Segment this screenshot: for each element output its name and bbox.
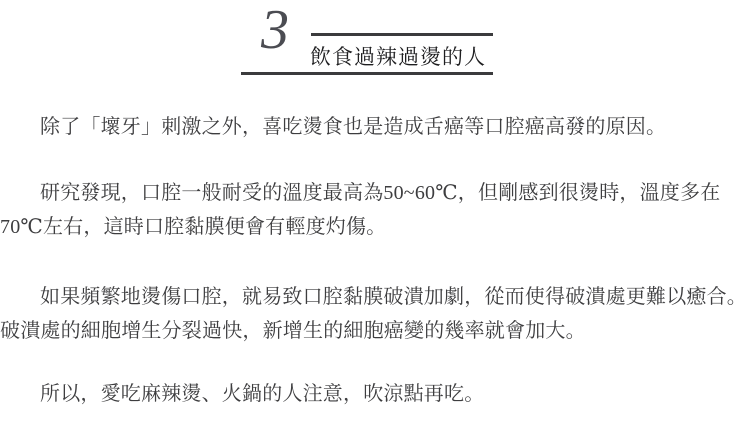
paragraph-3: 如果頻繁地燙傷口腔，就易致口腔黏膜破潰加劇，從而使得破潰處更難以癒合。 破潰處的…: [0, 280, 736, 348]
section-title: 飲食過辣過燙的人: [310, 41, 486, 71]
section-number: 3: [261, 2, 289, 58]
paragraph-2: 研究發現，口腔一般耐受的溫度最高為50~60℃，但剛感到很燙時，溫度多在 70℃…: [0, 176, 736, 244]
header-rule-top: [311, 33, 493, 36]
text-line: 如果頻繁地燙傷口腔，就易致口腔黏膜破潰加劇，從而使得破潰處更難以癒合。: [0, 280, 736, 314]
text-line: 70℃左右，這時口腔黏膜便會有輕度灼傷。: [0, 210, 736, 244]
document-page: 3 飲食過辣過燙的人 除了「壞牙」刺激之外，喜吃燙食也是造成舌癌等口腔癌高發的原…: [0, 0, 736, 423]
text-line: 所以，愛吃麻辣燙、火鍋的人注意，吹涼點再吃。: [0, 377, 736, 411]
text-line: 研究發現，口腔一般耐受的溫度最高為50~60℃，但剛感到很燙時，溫度多在: [0, 176, 736, 210]
header-rule-bottom: [241, 72, 493, 75]
text-line: 破潰處的細胞增生分裂過快，新增生的細胞癌變的幾率就會加大。: [0, 314, 736, 348]
text-line: 除了「壞牙」刺激之外，喜吃燙食也是造成舌癌等口腔癌高發的原因。: [0, 110, 736, 144]
paragraph-1: 除了「壞牙」刺激之外，喜吃燙食也是造成舌癌等口腔癌高發的原因。: [0, 110, 736, 144]
paragraph-4: 所以，愛吃麻辣燙、火鍋的人注意，吹涼點再吃。: [0, 377, 736, 411]
